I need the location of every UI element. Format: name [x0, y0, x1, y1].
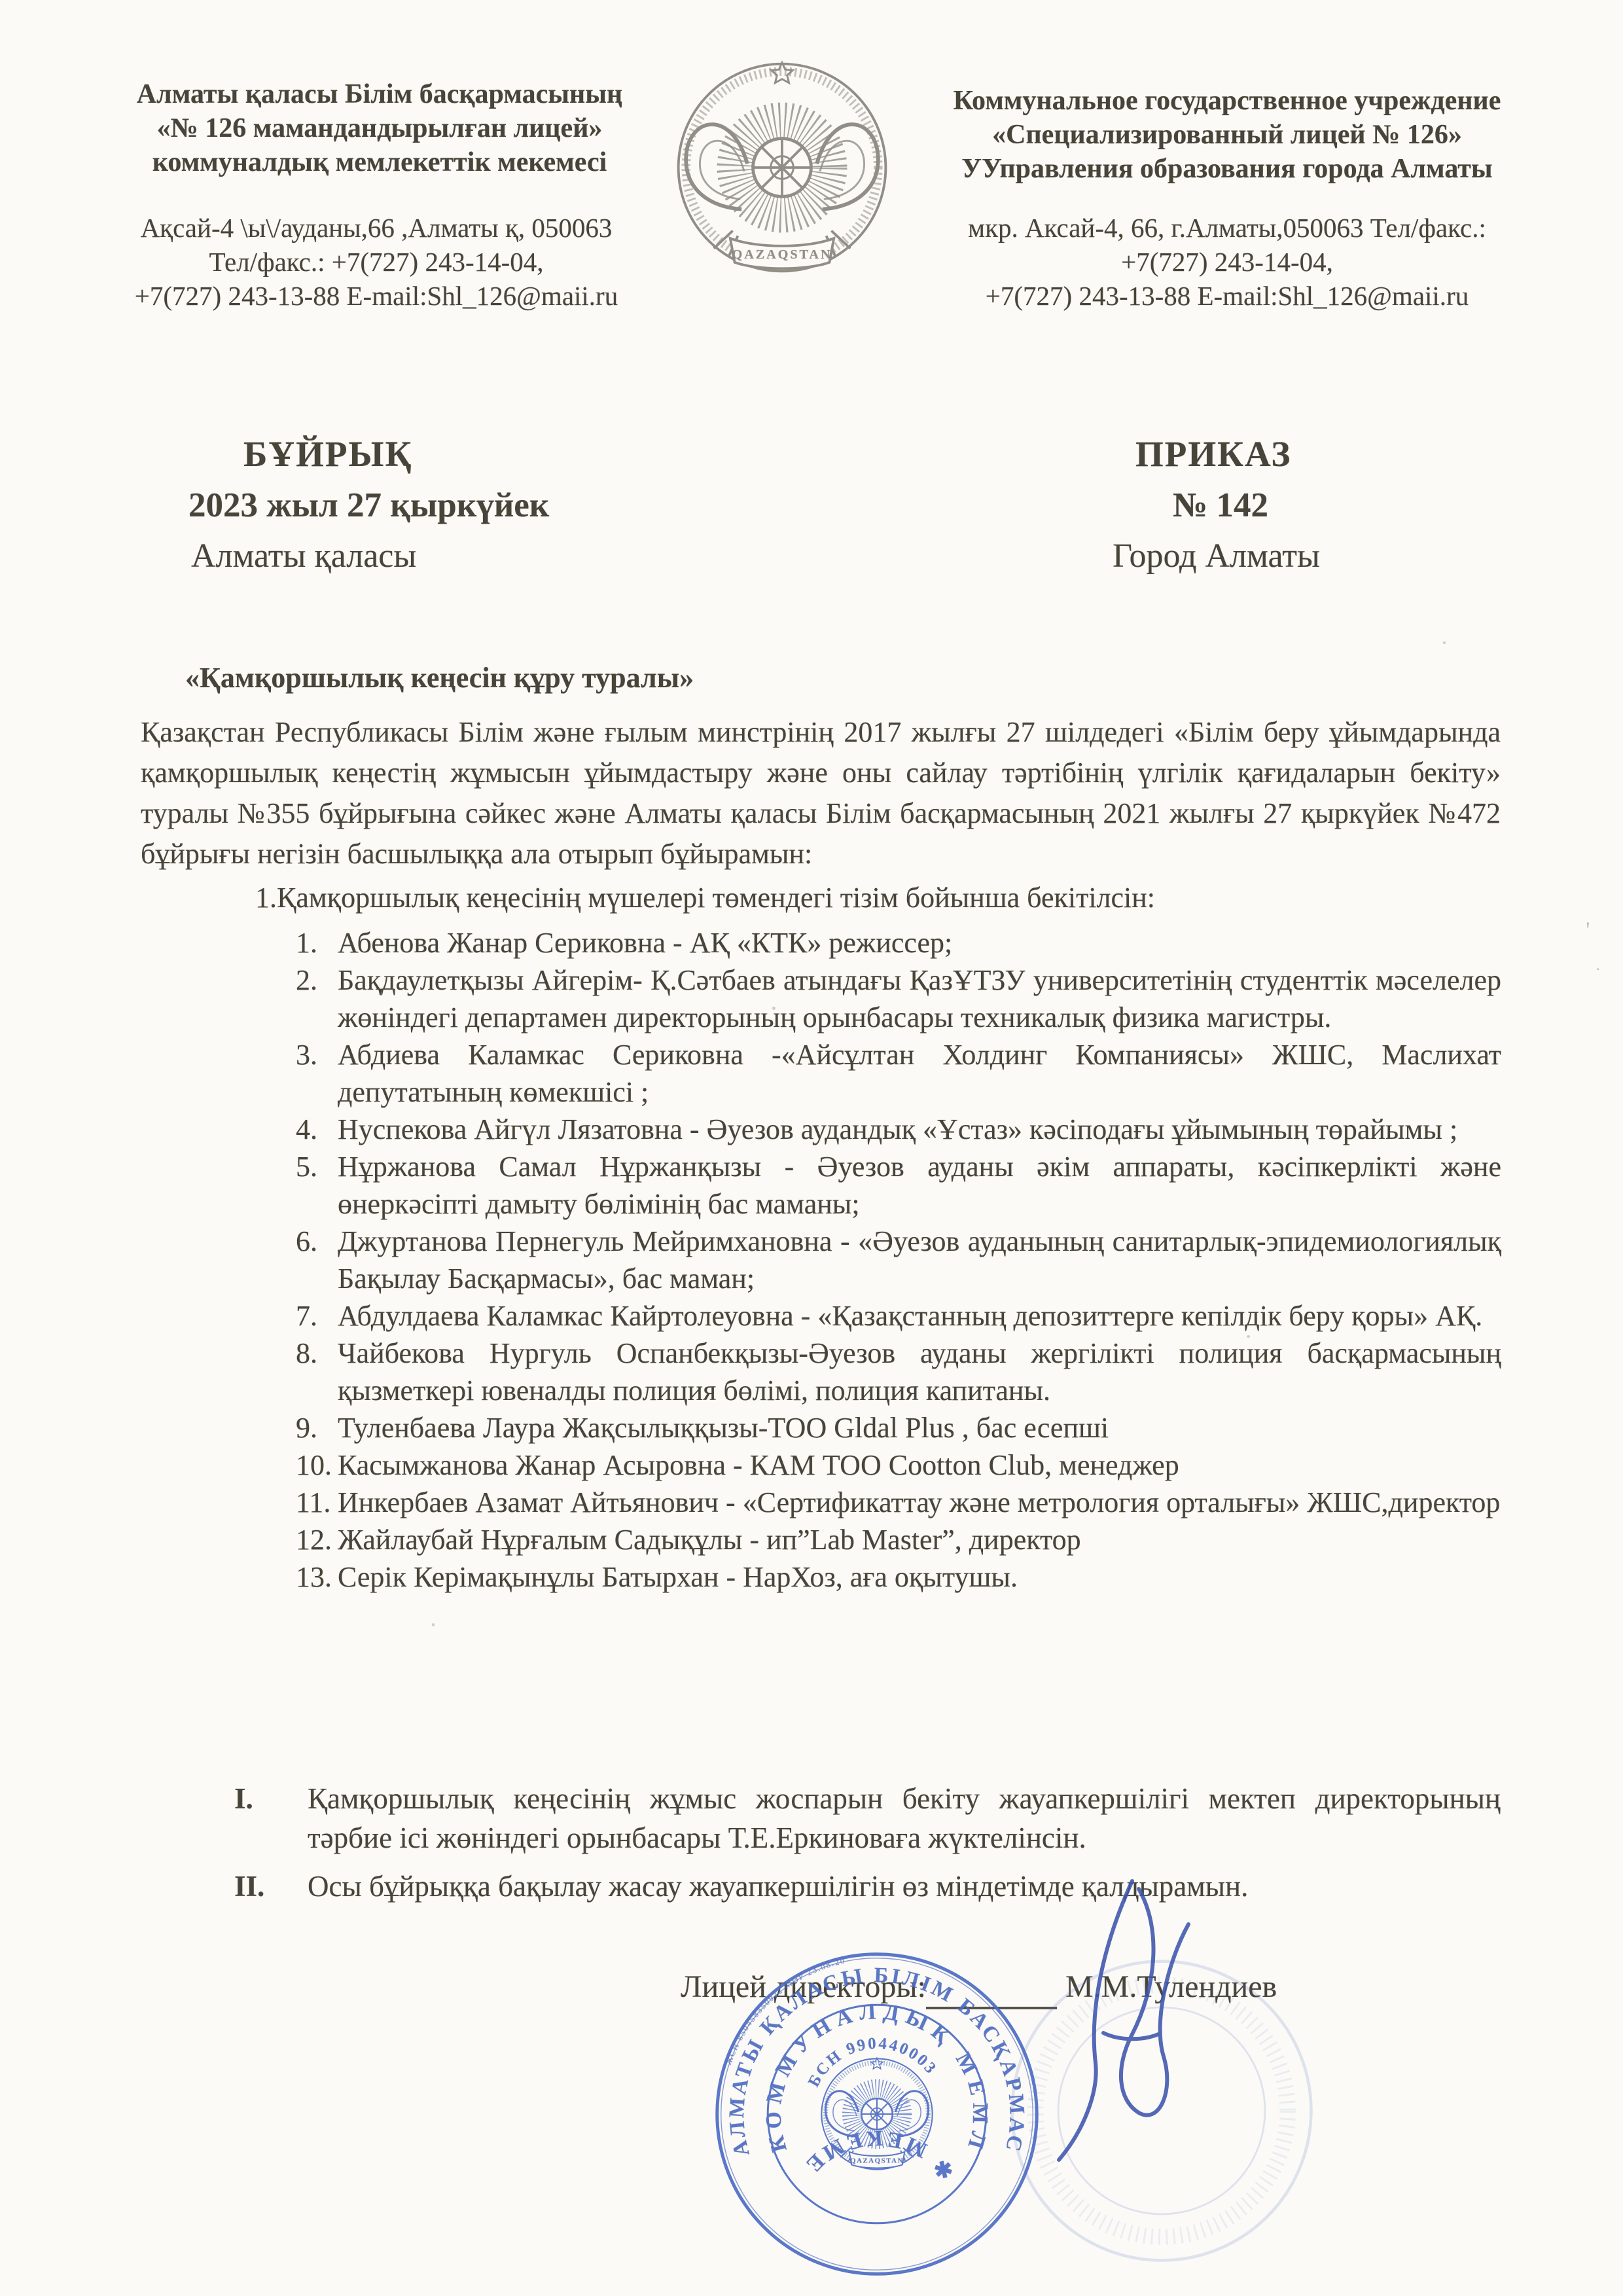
directive-number: II. — [234, 1867, 308, 1906]
member-number: 11. — [296, 1484, 338, 1521]
stamp-emblem-banner: QAZAQSTAN — [850, 2157, 904, 2164]
order-title-kazakh: БҰЙРЫҚ — [243, 433, 412, 475]
directive-text: Қамқоршылық кеңесінің жұмыс жоспарын бек… — [308, 1779, 1501, 1857]
header-right-org-line: УУправления образования города Алматы — [870, 152, 1584, 186]
directive-item: II.Осы бұйрыққа бақылау жасау жауапкерші… — [234, 1867, 1501, 1906]
member-number: 1. — [296, 924, 338, 961]
order-preamble: Қазақстан Республикасы Білім және ғылым … — [141, 712, 1501, 874]
header-right-address-line: +7(727) 243-14-04, — [870, 245, 1584, 279]
scan-speck — [432, 1623, 435, 1626]
member-number: 8. — [296, 1335, 338, 1372]
header-left-org-line: коммуналдық мемлекеттік мекемесі — [131, 145, 628, 179]
directive-item: I.Қамқоршылық кеңесінің жұмыс жоспарын б… — [234, 1779, 1501, 1857]
member-text: Серік Керімақынұлы Батырхан - НарХоз, ағ… — [338, 1558, 1501, 1596]
member-list-item: 5.Нұржанова Самал Нұржанқызы - Әуезов ау… — [296, 1148, 1501, 1223]
member-number: 3. — [296, 1036, 338, 1073]
member-text: Нұржанова Самал Нұржанқызы - Әуезов ауда… — [338, 1148, 1501, 1223]
member-list-item: 12.Жайлаубай Нұрғалым Садықұлы - ип”Lab … — [296, 1521, 1501, 1558]
member-number: 2. — [296, 961, 338, 999]
order-date-line: 2023 жыл 27 қыркүйек — [188, 486, 549, 525]
member-number: 10. — [296, 1446, 338, 1484]
member-number: 7. — [296, 1297, 338, 1335]
member-list-item: 3.Абдиева Каламкас Сериковна -«Айсұлтан … — [296, 1036, 1501, 1111]
order-title-russian: ПРИКАЗ — [1135, 433, 1291, 475]
member-text: Нуспекова Айгүл Лязатовна - Әуезов аудан… — [338, 1111, 1501, 1148]
member-text: Абдулдаева Каламкас Кайртолеуовна - «Қаз… — [338, 1297, 1501, 1335]
header-left-org: Алматы қаласы Білім басқармасының «№ 126… — [131, 77, 628, 179]
header-right-org: Коммунальное государственное учреждение … — [870, 84, 1584, 186]
header-right-address-line: +7(727) 243-13-88 E-mail:Shl_126@maii.ru — [870, 279, 1584, 313]
member-list-item: 7.Абдулдаева Каламкас Кайртолеуовна - «Қ… — [296, 1297, 1501, 1335]
member-number: 13. — [296, 1558, 338, 1596]
member-list-item: 4.Нуспекова Айгүл Лязатовна - Әуезов ауд… — [296, 1111, 1501, 1148]
member-text: Джуртанова Пернегуль Мейримхановна - «Әу… — [338, 1223, 1501, 1297]
member-number: 9. — [296, 1409, 338, 1446]
header-left-address-line: Ақсай-4 \ы\/ауданы,66 ,Алматы қ, 050063 — [105, 211, 648, 245]
directive-text: Осы бұйрыққа бақылау жасау жауапкершіліг… — [308, 1867, 1501, 1906]
kazakhstan-coat-of-arms-icon: QAZAQSTAN — [671, 52, 893, 283]
scan-speck — [772, 1007, 776, 1010]
member-text: Инкербаев Азамат Айтьянович - «Сертифика… — [338, 1484, 1501, 1521]
member-number: 5. — [296, 1148, 338, 1185]
member-list: 1.Абенова Жанар Сериковна - АҚ «КТК» реж… — [296, 924, 1501, 1596]
handwritten-signature — [967, 1869, 1242, 2177]
member-text: Касымжанова Жанар Асыровна - КАМ ТОО Coo… — [338, 1446, 1501, 1484]
scan-speck — [1247, 1335, 1250, 1338]
order-city-kazakh: Алматы қаласы — [191, 537, 416, 575]
directive-number: I. — [234, 1779, 308, 1818]
header-left-org-line: «№ 126 мамандандырылған лицей» — [131, 111, 628, 145]
header-right-org-line: «Специализированный лицей № 126» — [870, 118, 1584, 152]
order-number: № 142 — [1173, 486, 1268, 525]
header-left-address-line: +7(727) 243-13-88 E-mail:Shl_126@maii.ru — [105, 279, 648, 313]
member-text: Туленбаева Лаура Жақсылыққызы-ТОО Gldal … — [338, 1409, 1501, 1446]
directive-list: I.Қамқоршылық кеңесінің жұмыс жоспарын б… — [234, 1779, 1501, 1915]
member-text: Абенова Жанар Сериковна - АҚ «КТК» режис… — [338, 924, 1501, 961]
member-list-item: 6.Джуртанова Пернегуль Мейримхановна - «… — [296, 1223, 1501, 1297]
member-text: Чайбекова Нургуль Оспанбекқызы-Әуезов ау… — [338, 1335, 1501, 1409]
order-city-russian: Город Алматы — [1113, 537, 1320, 575]
member-list-item: 1.Абенова Жанар Сериковна - АҚ «КТК» реж… — [296, 924, 1501, 961]
scan-artifact: ꞌ — [1586, 919, 1590, 939]
member-number: 6. — [296, 1223, 338, 1260]
order-subject: «Қамқоршылық кеңесін құру туралы» — [185, 661, 694, 694]
member-number: 12. — [296, 1521, 338, 1558]
member-list-item: 2.Бақдаулетқызы Айгерім- Қ.Сәтбаев атынд… — [296, 961, 1501, 1036]
header-right-org-line: Коммунальное государственное учреждение — [870, 84, 1584, 118]
header-left-address-line: Тел/факс.: +7(727) 243-14-04, — [105, 245, 648, 279]
header-right-address: мкр. Аксай-4, 66, г.Алматы,050063 Тел/фа… — [870, 211, 1584, 313]
member-text: Бақдаулетқызы Айгерім- Қ.Сәтбаев атындағ… — [338, 961, 1501, 1036]
scanned-order-page: Алматы қаласы Білім басқармасының «№ 126… — [0, 0, 1623, 2296]
member-list-intro: 1.Қамқоршылық кеңесінің мүшелері төменде… — [255, 881, 1155, 914]
header-left-address: Ақсай-4 \ы\/ауданы,66 ,Алматы қ, 050063 … — [105, 211, 648, 313]
member-list-item: 9.Туленбаева Лаура Жақсылыққызы-ТОО Glda… — [296, 1409, 1501, 1446]
header-left-org-line: Алматы қаласы Білім басқармасының — [131, 77, 628, 111]
emblem-banner-text: QAZAQSTAN — [732, 247, 832, 262]
member-list-item: 8.Чайбекова Нургуль Оспанбекқызы-Әуезов … — [296, 1335, 1501, 1409]
header-right-address-line: мкр. Аксай-4, 66, г.Алматы,050063 Тел/фа… — [870, 211, 1584, 245]
member-text: Жайлаубай Нұрғалым Садықұлы - ип”Lab Mas… — [338, 1521, 1501, 1558]
scan-speck — [1443, 641, 1446, 644]
member-list-item: 13.Серік Керімақынұлы Батырхан - НарХоз,… — [296, 1558, 1501, 1596]
member-list-item: 11.Инкербаев Азамат Айтьянович - «Сертиф… — [296, 1484, 1501, 1521]
scan-artifact: · — [1596, 961, 1600, 978]
member-text: Абдиева Каламкас Сериковна -«Айсұлтан Хо… — [338, 1036, 1501, 1111]
member-list-item: 10.Касымжанова Жанар Асыровна - КАМ ТОО … — [296, 1446, 1501, 1484]
member-number: 4. — [296, 1111, 338, 1148]
